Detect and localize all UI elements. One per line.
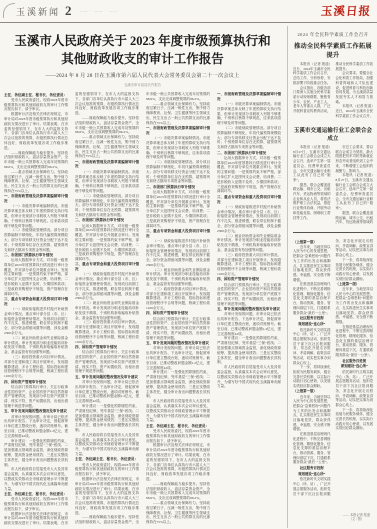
body-paragraph: 下一步，将持续深化拓展为民服务载体，健全完善长效机制，以实际行动践行初心使命，以… [293,365,331,389]
reporter-signature: —— 本报记者 报道 （文 / 图） [343,513,370,522]
section-heading: （上接第一版） [293,240,331,245]
body-paragraph: 在推进基层治理现代化进程中，不断完善网格化管理、精细化服务、信息化支撑的基层治理… [336,325,374,358]
body-paragraph: 依托新时代文明实践中心（所、站），广泛开展志愿服务活动，组织党员干部下沉社区报到… [336,370,374,408]
sidebar-article-a-kicker: 2024 年全民科学素质工作会召开 [293,32,373,38]
section-heading: 二、市级部门预算执行审计情况 [217,151,281,156]
body-paragraph: （三）政府投资重大项目审计情况。对部分在建和竣工项目开展审计，发现超概算建设、多… [4,355,68,379]
section-name: 玉溪新闻 [16,5,60,18]
body-paragraph: 市人民政府将自觉接受市人大及其常委会监督，认真落实本次会议审议意见，以整改实效推… [146,399,210,423]
body-paragraph: 下一步，将持续深化拓展为民服务载体，健全完善长效机制，以实际行动践行初心使命，以… [336,258,374,282]
body-paragraph: ——重点领域支出保障有力。坚持政府过紧日子，压减一般性支出，集中财力保障教育、社… [146,501,210,525]
sidebar-article-c-body: （上接第一版）近年来，当地坚持以人民为中心的发展思想，把群众“急难愁盼”问题作为… [293,239,373,497]
section-heading: 五、审计发现问题的整改情况及审计建议 [4,409,68,414]
sidebar-article-a-title: 推动全民科学素质工作拓展提升 [293,41,373,59]
body-paragraph: 运用大数据审计方式，对市级一级预算单位2023年度预算执行情况进行审计全覆盖，并… [4,258,68,296]
masthead-corner-decoration [3,3,15,18]
body-paragraph: （二）市级财政管理情况。部分项目预算编制不够细化，年初代编预算规模较大；部分专项… [4,228,68,252]
body-paragraph: 本报讯（记者 报道）8月27日，玉溪市交通运输行业工会联合会成立大会召开，选举产… [336,173,374,211]
body-paragraph: 结合部门预算执行审计，关注行政事业性国有资产、企业国有资产和自然资源资产管理情况… [217,283,281,307]
main-article-byline: 玉溪市审计局局长作报告 [4,82,281,87]
sidebar-article-a-body: 本报讯（记者 报道）近日，2024年玉溪市全民科学素质工作会议召开，总结工作、分… [293,62,373,122]
section-heading: 二、市级部门预算执行审计情况 [4,253,68,258]
body-paragraph: 对审计发现的问题，市审计局已依法出具审计报告、下达审计决定，督促被审计单位建立整… [4,415,68,439]
body-paragraph: 受市人民政府委托，现将2023年度市级预算执行和其他财政收支的审计工作情况报告如… [4,497,68,511]
section-heading: 谋划建设“连心所” [293,472,331,477]
body-paragraph: 对审计发现的问题，市审计局已依法出具审计报告、下达审计决定，督促被审计单位建立整… [217,312,281,336]
section-heading: 社区服务百姓街 [293,466,331,471]
sidebar-horizontal-rule [293,232,373,233]
body-paragraph: 结合部门预算执行审计，关注行政事业性国有资产、企业国有资产和自然资源资产管理情况… [4,385,68,409]
body-paragraph: 下一步，将持续深化拓展为民服务载体，健全完善长效机制，以实际行动践行初心使命，以… [336,408,374,432]
page-content: 玉溪市人民政府关于 2023 年度市级预算执行和 其他财政收支的审计工作报告 —… [0,23,377,528]
main-article: 玉溪市人民政府关于 2023 年度市级预算执行和 其他财政收支的审计工作报告 —… [3,26,284,528]
section-heading: 主任、各位副主任、秘书长、各位委员： [146,424,210,429]
section-heading: 一、市级财政管理及决算草案编制审计情况 [75,160,139,170]
body-paragraph: 近年来，当地坚持以人民为中心的发展思想，把群众“急难愁盼”问题作为工作的出发点和… [293,245,331,283]
section-heading: 三、重点专项资金和重大投资项目审计情况 [146,229,210,239]
section-heading: 二、市级部门预算执行审计情况 [146,185,210,190]
body-paragraph: （一）市级决算草案编制情况。市级决算草案总体反映了年度预算收支执行结果，但审计发… [217,102,281,126]
body-paragraph: 依托新时代文明实践中心（所、站），广泛开展志愿服务活动，组织党员干部下沉社区报到… [293,328,331,366]
newspaper-page: { "masthead": { "section": "玉溪新闻", "page… [0,0,377,529]
body-paragraph: （一）财政衔接推进乡村振兴补助资金审计情况。重点审计部分县（市、区）衔接资金管理… [217,205,281,234]
body-paragraph: 市人民政府将自觉接受市人大及其常委会监督，认真落实本次会议审议意见，以整改实效推… [75,433,139,457]
section-heading: 一、市级财政管理及决算草案编制审计情况 [217,92,281,102]
body-paragraph: ——财政保障能力稳步提升。坚持依法组织财政收入，盘活存量资金资产，全年市级一般公… [146,482,210,501]
body-paragraph: 受市人民政府委托，现将2023年度市级预算执行和其他财政收支的审计工作情况报告如… [75,463,139,477]
main-title-line1: 玉溪市人民政府关于 2023 年度市级预算执行和 [14,34,270,48]
body-paragraph: （三）政府投资重大项目审计情况。对部分在建和竣工项目开展审计，发现超概算建设、多… [146,287,210,311]
section-heading: 三、重点专项资金和重大投资项目审计情况 [4,297,68,307]
body-paragraph: （二）就业补助资金和失业保险基金审计情况。审计发现部分职业技能培训补贴发放不精准… [75,301,139,320]
sidebar-article-b-title: 玉溪市交通运输行业工会联合会成立 [293,126,373,142]
section-heading: 主任、各位副主任、秘书长、各位委员： [4,93,68,98]
section-heading: 社区服务百姓街 [293,316,331,321]
body-paragraph: 本报讯（记者 报道）近日，2024年玉溪市全民科学素质工作会议召开，总结工作、分… [293,62,331,86]
main-article-title: 玉溪市人民政府关于 2023 年度市级预算执行和 其他财政收支的审计工作报告 [4,33,281,68]
signature-line2: （文 / 图） [343,517,370,522]
section-heading: 三、重点专项资金和重大投资项目审计情况 [75,262,139,272]
body-paragraph: （一）市级决算草案编制情况。市级决算草案总体反映了年度预算收支执行结果，但审计发… [75,170,139,194]
body-paragraph: 根据审计法及相关法律法规规定，市审计局对2023年度市级预算执行和其他财政收支情… [146,443,210,481]
body-paragraph: （二）就业补助资金和失业保险基金审计情况。审计发现部分职业技能培训补贴发放不精准… [146,268,210,287]
page-number: 2 [65,3,72,19]
body-paragraph: 市人民政府将自觉接受市人大及其常委会监督，认真落实本次会议审议意见，以整改实效推… [4,467,68,491]
section-heading: 社区服务百姓街 [336,359,374,364]
section-heading: 三、重点专项资金和重大投资项目审计情况 [217,195,281,205]
body-paragraph: （二）市级财政管理情况。部分项目预算编制不够细化，年初代编预算规模较大；部分专项… [217,126,281,150]
body-paragraph: 据悉，联合会覆盖道路运输、城市公交、出租汽车、货运物流等领域的企业和从业人员，将… [293,183,331,221]
body-paragraph: ——财政保障能力稳步提升。坚持依法组织财政收入，盘活存量资金资产，全年市级一般公… [75,116,139,135]
main-article-body-columns: 主任、各位副主任、秘书长、各位委员：受市人民政府委托，现将2023年度市级预算执… [4,92,281,529]
body-paragraph: 审计建议：一是强化预算刚性约束，严肃财经纪律，兜牢基层“三保”底线；二是加强重点… [146,370,210,399]
body-paragraph: 根据审计法及相关法律法规规定，市审计局对2023年度市级预算执行和其他财政收支情… [75,477,139,515]
body-paragraph: 受市人民政府委托，现将2023年度市级预算执行和其他财政收支的审计工作情况报告如… [146,429,210,443]
body-paragraph: 在推进基层治理现代化进程中，不断完善网格化管理、精细化服务、信息化支撑的基层治理… [293,282,331,315]
body-paragraph: 近年来，当地坚持以人民为中心的发展思想，把群众“急难愁盼”问题作为工作的出发点和… [293,395,331,433]
sidebar-article-science-meeting: 2024 年全民科学素质工作会召开 推动全民科学素质工作拓展提升 本报讯（记者 … [293,28,373,122]
body-paragraph: 审计建议：一是强化预算刚性约束，严肃财经纪律，兜牢基层“三保”底线；二是加强重点… [217,336,281,365]
section-heading: 四、国有资产管理审计情况 [4,380,68,385]
body-paragraph: 结合部门预算执行审计，关注行政事业性国有资产、企业国有资产和自然资源资产管理情况… [75,350,139,374]
section-heading: 四、国有资产管理审计情况 [146,311,210,316]
newspaper-logo: 玉溪日报 [320,3,371,19]
body-paragraph: （二）市级财政管理情况。部分项目预算编制不够细化，年初代编预算规模较大；部分专项… [146,160,210,184]
body-paragraph: 近年来，当地坚持以人民为中心的发展思想，把群众“急难愁盼”问题作为工作的出发点和… [336,287,374,325]
body-paragraph: ——重点领域支出保障有力。坚持政府过紧日子，压减一般性支出，集中财力保障教育、社… [4,170,68,194]
main-article-subtitle: ——2024 年 8 月 28 日在玉溪市第六届人民代表大会常务委员会第二十一次… [4,72,281,79]
sidebar-article-b-body: 本报讯（记者 报道）8月27日，玉溪市交通运输行业工会联合会成立大会召开，选举产… [293,145,373,227]
body-paragraph: 对审计发现的问题，市审计局已依法出具审计报告、下达审计决定，督促被审计单位建立整… [146,346,210,370]
sidebar-article-union-founding: 玉溪市交通运输行业工会联合会成立 本报讯（记者 报道）8月27日，玉溪市交通运输… [293,122,373,227]
section-heading: 一、市级财政管理及决算草案编制审计情况 [146,126,210,136]
sidebar-article-continued-from-page-one: （上接第一版）近年来，当地坚持以人民为中心的发展思想，把群众“急难愁盼”问题作为… [293,236,373,497]
body-paragraph: 运用大数据审计方式，对市级一级预算单位2023年度预算执行情况进行审计全覆盖，并… [75,224,139,262]
body-paragraph: （一）财政衔接推进乡村振兴补助资金审计情况。重点审计部分县（市、区）衔接资金管理… [4,307,68,336]
section-heading: 主任、各位副主任、秘书长、各位委员： [4,492,68,497]
body-paragraph: 运用大数据审计方式，对市级一级预算单位2023年度预算执行情况进行审计全覆盖，并… [217,156,281,194]
body-paragraph: ——重点领域支出保障有力。坚持政府过紧日子，压减一般性支出，集中财力保障教育、社… [146,102,210,126]
body-paragraph: 审计建议：一是强化预算刚性约束，严肃财经纪律，兜牢基层“三保”底线；二是加强重点… [75,404,139,433]
section-heading: 谋划建设“连心所” [293,322,331,327]
body-paragraph: 在推进基层治理现代化进程中，不断完善网格化管理、精细化服务、信息化支撑的基层治理… [293,432,331,465]
section-heading: 二、市级部门预算执行审计情况 [75,218,139,223]
body-paragraph: （一）市级决算草案编制情况。市级决算草案总体反映了年度预算收支执行结果，但审计发… [4,204,68,228]
body-paragraph: （二）就业补助资金和失业保险基金审计情况。审计发现部分职业技能培训补贴发放不精准… [217,234,281,253]
sidebar: 2024 年全民科学素质工作会召开 推动全民科学素质工作拓展提升 本报讯（记者 … [287,26,374,528]
body-paragraph: 结合部门预算执行审计，关注行政事业性国有资产、企业国有资产和自然资源资产管理情况… [146,317,210,341]
body-paragraph: 本报讯（记者 报道）8月27日，玉溪市交通运输行业工会联合会成立大会召开，选举产… [293,145,331,183]
body-paragraph: ——财政保障能力稳步提升。坚持依法组织财政收入，盘活存量资金资产，全年市级一般公… [4,151,68,170]
section-heading: （上接第一版） [336,282,374,287]
body-paragraph: （二）市级财政管理情况。部分项目预算编制不够细化，年初代编预算规模较大；部分专项… [75,194,139,218]
section-heading: 主任、各位副主任、秘书长、各位委员： [75,457,139,462]
main-title-line2: 其他财政收支的审计工作报告 [61,52,224,66]
body-paragraph: ——重点领域支出保障有力。坚持政府过紧日子，压减一般性支出，集中财力保障教育、社… [75,135,139,159]
body-paragraph: 对审计发现的问题，市审计局已依法出具审计报告、下达审计决定，督促被审计单位建立整… [75,380,139,404]
body-paragraph: 运用大数据审计方式，对市级一级预算单位2023年度预算执行情况进行审计全覆盖，并… [146,190,210,228]
body-paragraph: 受市人民政府委托，现将2023年度市级预算执行和其他财政收支的审计工作情况报告如… [4,98,68,112]
body-paragraph: （三）政府投资重大项目审计情况。对部分在建和竣工项目开展审计，发现超概算建设、多… [217,253,281,277]
body-paragraph: 审计建议：一是强化预算刚性约束，严肃财经纪律，兜牢基层“三保”底线；二是加强重点… [4,439,68,468]
section-heading: 一、市级财政管理及决算草案编制审计情况 [4,194,68,204]
masthead: 玉溪新闻 2 —— · —— · —— 玉溪日报 [0,0,377,23]
body-paragraph: （三）政府投资重大项目审计情况。对部分在建和竣工项目开展审计，发现超概算建设、多… [75,320,139,344]
section-heading: 四、国有资产管理审计情况 [75,345,139,350]
section-heading: 五、审计发现问题的整改情况及审计建议 [75,375,139,380]
body-paragraph: （一）市级决算草案编制情况。市级决算草案总体反映了年度预算收支执行结果，但审计发… [146,136,210,160]
body-paragraph: 会议要求，要健全社会化科普工作格局，加强科普阵地和人才队伍建设，促进科普与科技创… [336,71,374,104]
section-heading: 四、国有资产管理审计情况 [217,277,281,282]
body-paragraph: （一）财政衔接推进乡村振兴补助资金审计情况。重点审计部分县（市、区）衔接资金管理… [146,239,210,268]
body-paragraph: （一）财政衔接推进乡村振兴补助资金审计情况。重点审计部分县（市、区）衔接资金管理… [75,272,139,301]
body-paragraph: （二）就业补助资金和失业保险基金审计情况。审计发现部分职业技能培训补贴发放不精准… [4,336,68,355]
body-paragraph: 市总工会要求，要以联合会成立为契机，最大限度把货车司机等新就业形态劳动者组织到工… [336,145,374,173]
section-heading: （上接第一版） [293,389,331,394]
masthead-meta-text: —— · —— · —— [80,9,119,13]
body-paragraph: 市人民政府将自觉接受市人大及其常委会监督，认真落实本次会议审议意见，以整改实效推… [217,365,281,389]
section-heading: 谋划建设“连心所” [336,364,374,369]
body-paragraph: 根据审计法及相关法律法规规定，市审计局对2023年度市级预算执行和其他财政收支情… [4,112,68,150]
